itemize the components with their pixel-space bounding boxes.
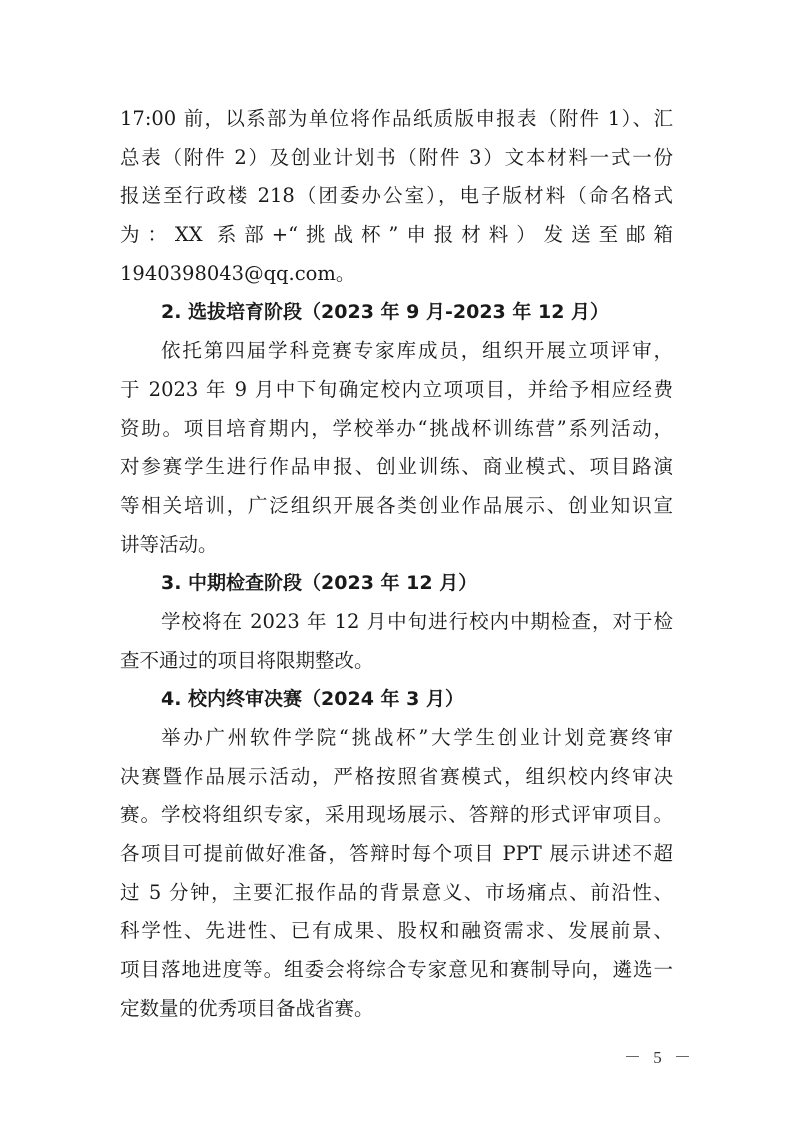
text-line: 于 2023 年 9 月中下旬确定校内立项项目，并给予相应经费 [120,371,673,410]
text-line: 对参赛学生进行作品申报、创业训练、商业模式、项目路演 [120,448,673,487]
section-heading-selection: 2. 选拔培育阶段（2023 年 9 月-2023 年 12 月） [120,293,673,332]
text-line: 总表（附件 2）及创业计划书（附件 3）文本材料一式一份 [120,139,673,178]
text-line: 学校将在 2023 年 12 月中旬进行校内中期检查，对于检 [120,603,673,642]
paragraph-submission: 17:00 前，以系部为单位将作品纸质版申报表（附件 1）、汇 总表（附件 2）… [120,100,673,293]
text-line: 依托第四届学科竞赛专家库成员，组织开展立项评审， [120,332,673,371]
text-line: 项目落地进度等。组委会将综合专家意见和赛制导向，遴选一 [120,951,673,990]
email-line: 1940398043@qq.com。 [120,255,673,294]
text-line: 定数量的优秀项目备战省赛。 [120,990,673,1029]
paragraph-final: 举办广州软件学院“挑战杯”大学生创业计划竞赛终审 决赛暨作品展示活动，严格按照省… [120,719,673,1029]
section-heading-midterm: 3. 中期检查阶段（2023 年 12 月） [120,564,673,603]
text-line: 等相关培训，广泛组织开展各类创业作品展示、创业知识宣 [120,487,673,526]
paragraph-selection: 依托第四届学科竞赛专家库成员，组织开展立项评审， 于 2023 年 9 月中下旬… [120,332,673,564]
text-line: 报送至行政楼 218（团委办公室），电子版材料（命名格式 [120,177,673,216]
text-line: 过 5 分钟，主要汇报作品的背景意义、市场痛点、前沿性、 [120,874,673,913]
text-line: 举办广州软件学院“挑战杯”大学生创业计划竞赛终审 [120,719,673,758]
text-line: 17:00 前，以系部为单位将作品纸质版申报表（附件 1）、汇 [120,100,673,139]
text-line: 查不通过的项目将限期整改。 [120,642,673,681]
text-line: 赛。学校将组织专家，采用现场展示、答辩的形式评审项目。 [120,796,673,835]
text-line: 为：XX 系部+“挑战杯”申报材料）发送至邮箱 [120,216,673,255]
page-number: － 5 － [624,1043,695,1068]
text-line: 讲等活动。 [120,526,673,565]
text-line: 各项目可提前做好准备，答辩时每个项目 PPT 展示讲述不超 [120,835,673,874]
section-heading-final: 4. 校内终审决赛（2024 年 3 月） [120,680,673,719]
document-page: 17:00 前，以系部为单位将作品纸质版申报表（附件 1）、汇 总表（附件 2）… [120,100,673,1029]
paragraph-midterm: 学校将在 2023 年 12 月中旬进行校内中期检查，对于检 查不通过的项目将限… [120,603,673,680]
text-line: 决赛暨作品展示活动，严格按照省赛模式，组织校内终审决 [120,758,673,797]
text-line: 资助。项目培育期内，学校举办“挑战杯训练营”系列活动， [120,410,673,449]
text-line: 科学性、先进性、已有成果、股权和融资需求、发展前景、 [120,912,673,951]
